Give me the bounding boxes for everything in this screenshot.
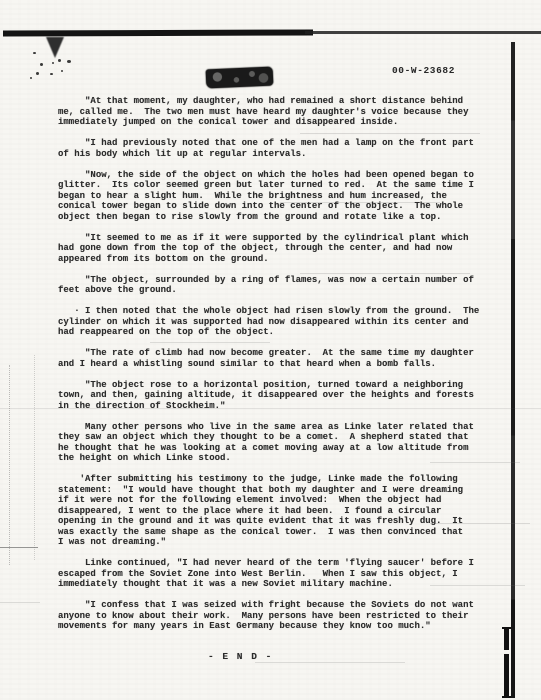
redaction-stamp: [206, 67, 274, 89]
scan-bracket-mark: [502, 696, 511, 698]
paragraph: "The object, surrounded by a ring of fla…: [58, 275, 498, 296]
scan-artifact: [0, 547, 38, 548]
paragraph: Linke continued, "I had never heard of t…: [58, 558, 498, 590]
paragraph: "At that moment, my daughter, who had re…: [58, 96, 498, 128]
ink-speck: [61, 70, 63, 72]
paragraph: Many other persons who live in the same …: [58, 422, 498, 464]
end-marker: - E N D -: [208, 651, 273, 662]
ink-speck: [33, 52, 36, 54]
ink-blot-mark: [46, 37, 64, 58]
paragraph: "Now, the side of the object on which th…: [58, 170, 498, 223]
paragraph: "The object rose to a horizontal positio…: [58, 380, 498, 412]
paragraph: "I confess that I was seized with fright…: [58, 600, 498, 632]
ink-speck: [30, 77, 32, 79]
ink-speck: [36, 72, 39, 75]
paragraph: 'After submitting his testimony to the j…: [58, 474, 498, 548]
margin-marks: [34, 355, 35, 560]
paragraph: "It seemed to me as if it were supported…: [58, 233, 498, 265]
ink-speck: [52, 62, 54, 64]
scan-artifact: [255, 662, 405, 663]
scan-edge-line-thick: [3, 29, 313, 36]
document-number: 00-W-23682: [392, 65, 455, 76]
scan-bracket-mark: [502, 627, 511, 629]
ink-speck: [40, 63, 43, 66]
paragraph: "The rate of climb had now become greate…: [58, 348, 498, 369]
scanned-document-page: { "header": { "doc_number": "00-W-23682"…: [0, 0, 541, 700]
ink-speck: [67, 60, 71, 63]
ink-speck: [50, 73, 53, 75]
paragraph: "I had previously noted that one of the …: [58, 138, 498, 159]
scan-bracket-mark: [504, 628, 509, 650]
ink-speck: [58, 59, 61, 62]
document-body: "At that moment, my daughter, who had re…: [58, 96, 498, 642]
scan-artifact: [0, 602, 40, 603]
scan-edge-line-thin: [305, 31, 541, 34]
paragraph: · I then noted that the whole object had…: [58, 306, 498, 338]
scan-edge-strip-right: [511, 42, 515, 698]
margin-marks: [9, 365, 14, 565]
scan-bracket-mark: [504, 654, 509, 698]
